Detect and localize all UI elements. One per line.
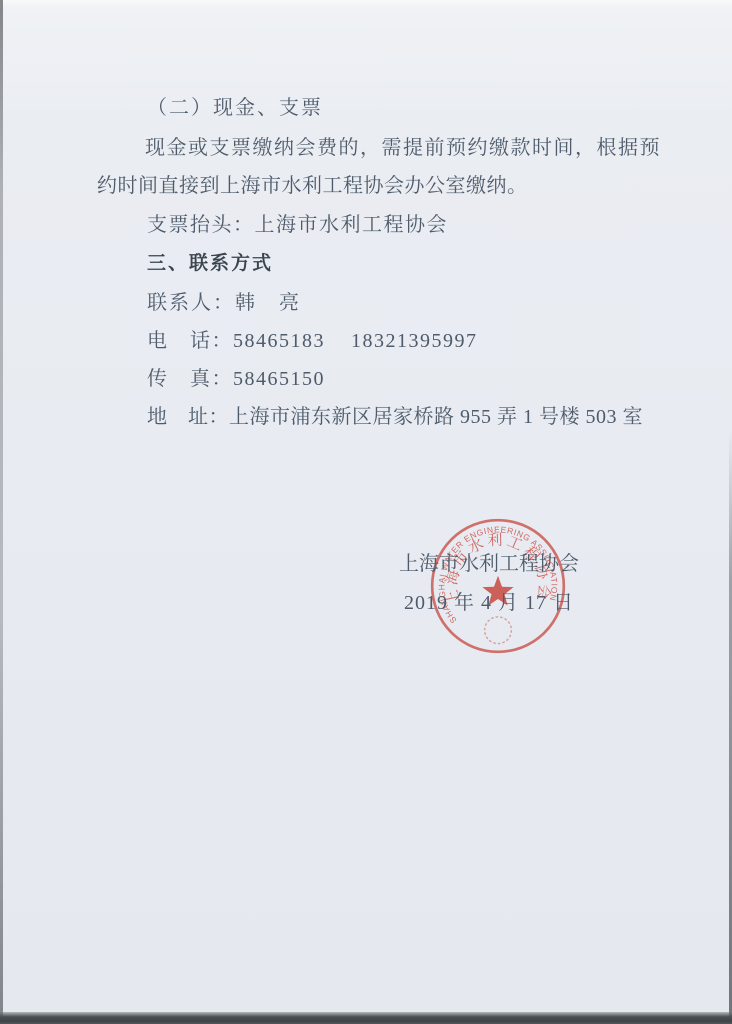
body-line-address: 地 址：上海市浦东新区居家桥路 955 弄 1 号楼 503 室: [147, 403, 643, 431]
body-line-paragraph-1: 现金或支票缴纳会费的，需提前预约缴款时间，根据预: [145, 134, 661, 162]
official-seal-stamp: SHANGHAI WATER ENGINEERING ASSOCIATION 上…: [426, 514, 570, 658]
signature-organization: 上海市水利工程协会: [399, 550, 579, 578]
section-heading-contact: 三、联系方式: [147, 250, 273, 278]
body-line-section-cash-check: （二）现金、支票: [147, 94, 323, 122]
scanned-document-page: （二）现金、支票 现金或支票缴纳会费的，需提前预约缴款时间，根据预 约时间直接到…: [0, 0, 732, 1024]
body-line-check-payable: 支票抬头：上海市水利工程协会: [147, 211, 448, 239]
seal-inner-bottom-ring: [485, 617, 512, 644]
body-line-phone: 电 话：58465183 18321395997: [147, 327, 478, 355]
body-line-contact-person: 联系人：韩 亮: [147, 289, 301, 317]
scan-edge-bottom: [0, 1012, 732, 1024]
body-line-paragraph-2: 约时间直接到上海市水利工程协会办公室缴纳。: [97, 172, 528, 200]
scan-edge-left: [0, 0, 3, 1024]
signature-date: 2019 年 4 月 17 日: [404, 589, 574, 617]
body-line-fax: 传 真：58465150: [147, 365, 325, 393]
scan-edge-top: [0, 0, 732, 8]
